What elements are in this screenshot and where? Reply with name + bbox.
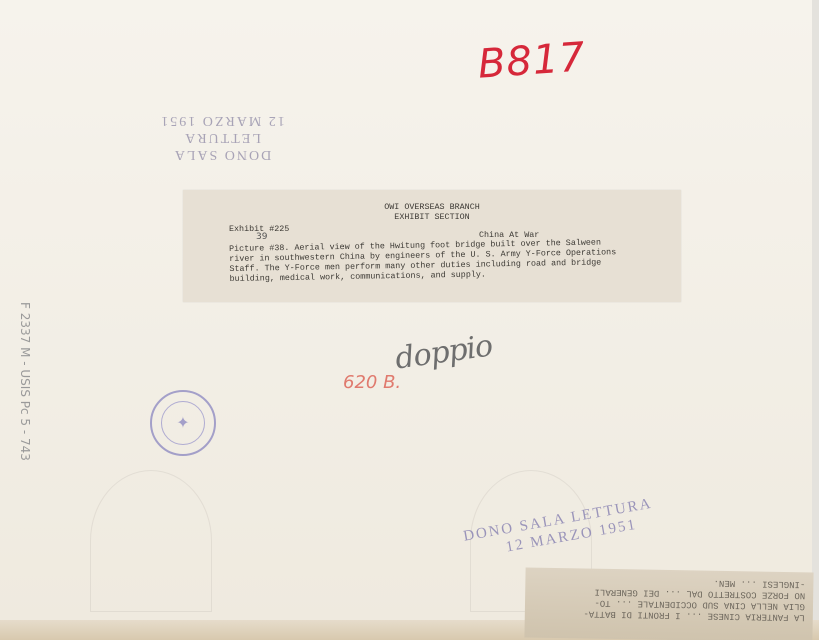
handwritten-picture-number: 39 <box>256 232 267 242</box>
label-header-branch: OWI OVERSEAS BRANCH <box>183 202 681 212</box>
vertical-catalog-note: F 2337 M - USIS Pc 5 - 743 <box>18 302 32 592</box>
glued-paper-scrap: LA FANTERIA CINESE ... I FRONTI DI BATTA… <box>524 567 813 640</box>
exhibit-caption-label: OWI OVERSEAS BRANCH EXHIBIT SECTION Exhi… <box>183 190 681 302</box>
caption-body: Picture #38. Aerial view of the Hwitung … <box>229 237 650 284</box>
photo-verso-sheet: B817 DONO SALA LETTURA 12 MARZO 1951 OWI… <box>0 0 814 620</box>
red-inventory-number: B817 <box>477 34 588 87</box>
stamp-line: 12 MARZO 1951 <box>132 112 312 129</box>
pencil-note-doppio: doppio <box>393 328 494 376</box>
stamp-line: DONO SALA LETTURA <box>132 129 312 163</box>
seal-emblem-icon: ✦ <box>161 401 205 445</box>
scrap-text: LA FANTERIA CINESE ... I FRONTI DI BATTA… <box>525 567 814 628</box>
inverted-donation-stamp: DONO SALA LETTURA 12 MARZO 1951 <box>132 112 312 163</box>
red-pencil-note: 620 B. <box>343 372 401 393</box>
watermark-shape <box>90 470 212 612</box>
scan-edge <box>812 0 819 640</box>
library-seal-icon: ✦ <box>150 390 216 456</box>
label-header-section: EXHIBIT SECTION <box>183 212 681 222</box>
